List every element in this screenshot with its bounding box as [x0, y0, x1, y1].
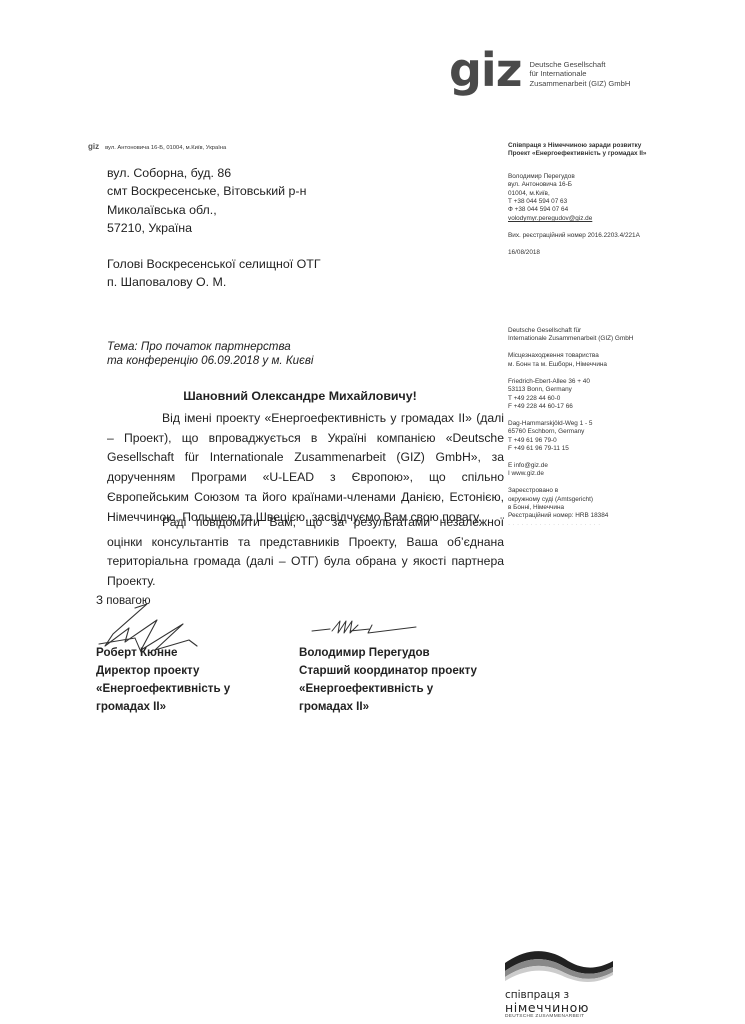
- signatory-title: Старший координатор проекту: [299, 662, 477, 680]
- company-line: Internationale Zusammenarbeit (GIZ) GmbH: [508, 335, 728, 343]
- cooperation-logo: співпраця з німеччиною DEUTSCHE ZUSAMMEN…: [505, 945, 615, 1020]
- signatory-name: Роберт Кюнне: [96, 644, 230, 662]
- bonn-line: Friedrich-Ebert-Allee 36 + 40: [508, 378, 728, 386]
- org-line: Zusammenarbeit (GIZ) GmbH: [529, 79, 630, 88]
- contact-street: вул. Антоновича 16-Б: [508, 181, 728, 189]
- sender-info-column: Співпраця з Німеччиною заради розвитку П…: [508, 142, 728, 538]
- org-line: für Internationale: [529, 69, 630, 78]
- project-title: Співпраця з Німеччиною заради розвитку П…: [508, 142, 728, 159]
- web-contacts: E info@giz.de I www.giz.de: [508, 462, 728, 479]
- seat-line: Місцезнаходження товариства: [508, 352, 728, 360]
- bonn-line: 53113 Bonn, Germany: [508, 386, 728, 394]
- coop-logo-line3: DEUTSCHE ZUSAMMENARBEIT: [505, 1014, 615, 1020]
- recipient-address-line: Миколаївська обл.,: [107, 201, 321, 219]
- cut-off-line: · · · · · · · · · · · · · · · · · · · · …: [508, 521, 728, 529]
- bonn-line: F +49 228 44 60-17 66: [508, 403, 728, 411]
- email-line: E info@giz.de: [508, 462, 728, 470]
- subject-line: Тема: Про початок партнерства: [107, 340, 314, 354]
- addressee-line: Голові Воскресенської селищної ОТГ: [107, 255, 321, 273]
- eschborn-line: Dag-Hammarskjöld-Weg 1 - 5: [508, 420, 728, 428]
- bonn-office: Friedrich-Ebert-Allee 36 + 40 53113 Bonn…: [508, 378, 728, 412]
- signatory-project: громадах II»: [299, 698, 477, 716]
- contact-phone: Т +38 044 594 07 63: [508, 198, 728, 206]
- signatory-name: Володимир Перегудов: [299, 644, 477, 662]
- giz-org-name: Deutsche Gesellschaft für Internationale…: [529, 60, 630, 88]
- signatory-project: «Енергоефективність у: [299, 680, 477, 698]
- registration-line: Зареєстровано в: [508, 487, 728, 495]
- eschborn-line: 65760 Eschborn, Germany: [508, 428, 728, 436]
- project-title-line: Проект «Енергоефективність у громадах II…: [508, 150, 728, 158]
- company-line: Deutsche Gesellschaft für: [508, 327, 728, 335]
- sender-address: вул. Антоновича 16-Б, 01004, м.Київ, Укр…: [105, 145, 226, 151]
- recipient-address-line: 57210, Україна: [107, 219, 321, 237]
- sender-address-line: gizвул. Антоновича 16-Б, 01004, м.Київ, …: [88, 142, 226, 151]
- recipient-address-line: вул. Соборна, буд. 86: [107, 164, 321, 182]
- contact-name: Володимир Перегудов: [508, 173, 728, 181]
- giz-logo-mark: giz: [449, 50, 521, 90]
- giz-small-logo: giz: [88, 142, 99, 151]
- registration-info: Зареєстровано в окружному суді (Amtsgeri…: [508, 487, 728, 529]
- registration-line: Реєстраційний номер: HRB 18384: [508, 512, 728, 520]
- letter-date: 16/08/2018: [508, 249, 728, 257]
- company-name: Deutsche Gesellschaft für Internationale…: [508, 327, 728, 344]
- registration-line: окружному суді (Amtsgericht): [508, 496, 728, 504]
- recipient-address-line: смт Воскресенське, Вітовський р-н: [107, 182, 321, 200]
- contact-email-link[interactable]: volodymyr.peregudov@giz.de: [508, 215, 592, 222]
- signature-peregudov: [310, 617, 420, 641]
- signatory-title: Директор проекту: [96, 662, 230, 680]
- contact-city: 01004, м.Київ,: [508, 190, 728, 198]
- contact-fax: Ф +38 044 594 07 64: [508, 206, 728, 214]
- signatory-project: громадах II»: [96, 698, 230, 716]
- signatory-block: Володимир Перегудов Старший координатор …: [299, 644, 477, 716]
- recipient-block: вул. Соборна, буд. 86 смт Воскресенське,…: [107, 164, 321, 292]
- eschborn-line: F +49 61 96 79-11 15: [508, 445, 728, 453]
- signatory-project: «Енергоефективність у: [96, 680, 230, 698]
- signatory-block: Роберт Кюнне Директор проекту «Енергоефе…: [96, 644, 230, 716]
- body-paragraph: Від імені проекту «Енергоефективність у …: [107, 409, 504, 527]
- seat-line: м. Бонн та м. Ешборн, Німеччина: [508, 361, 728, 369]
- salutation: Шановний Олександре Михайловичу!: [90, 389, 510, 403]
- outgoing-reg-number: Вих. реєстраційний номер 2016.2203.4/221…: [508, 232, 728, 240]
- bonn-line: T +49 228 44 60-0: [508, 395, 728, 403]
- subject: Тема: Про початок партнерства та конфере…: [107, 340, 314, 367]
- eschborn-office: Dag-Hammarskjöld-Weg 1 - 5 65760 Eschbor…: [508, 420, 728, 454]
- website-line: I www.giz.de: [508, 470, 728, 478]
- coop-logo-line2: німеччиною: [505, 1001, 615, 1014]
- subject-line: та конференцію 06.09.2018 у м. Києві: [107, 354, 314, 368]
- wave-flag-icon: [505, 945, 615, 983]
- body-paragraph: Раді повідомити Вам, що за результатами …: [107, 513, 504, 592]
- company-seat: Місцезнаходження товариства м. Бонн та м…: [508, 352, 728, 369]
- giz-logo: giz Deutsche Gesellschaft für Internatio…: [449, 50, 630, 90]
- contact-person: Володимир Перегудов вул. Антоновича 16-Б…: [508, 173, 728, 223]
- org-line: Deutsche Gesellschaft: [529, 60, 630, 69]
- addressee-line: п. Шаповалову О. М.: [107, 273, 321, 291]
- eschborn-line: T +49 61 96 79-0: [508, 437, 728, 445]
